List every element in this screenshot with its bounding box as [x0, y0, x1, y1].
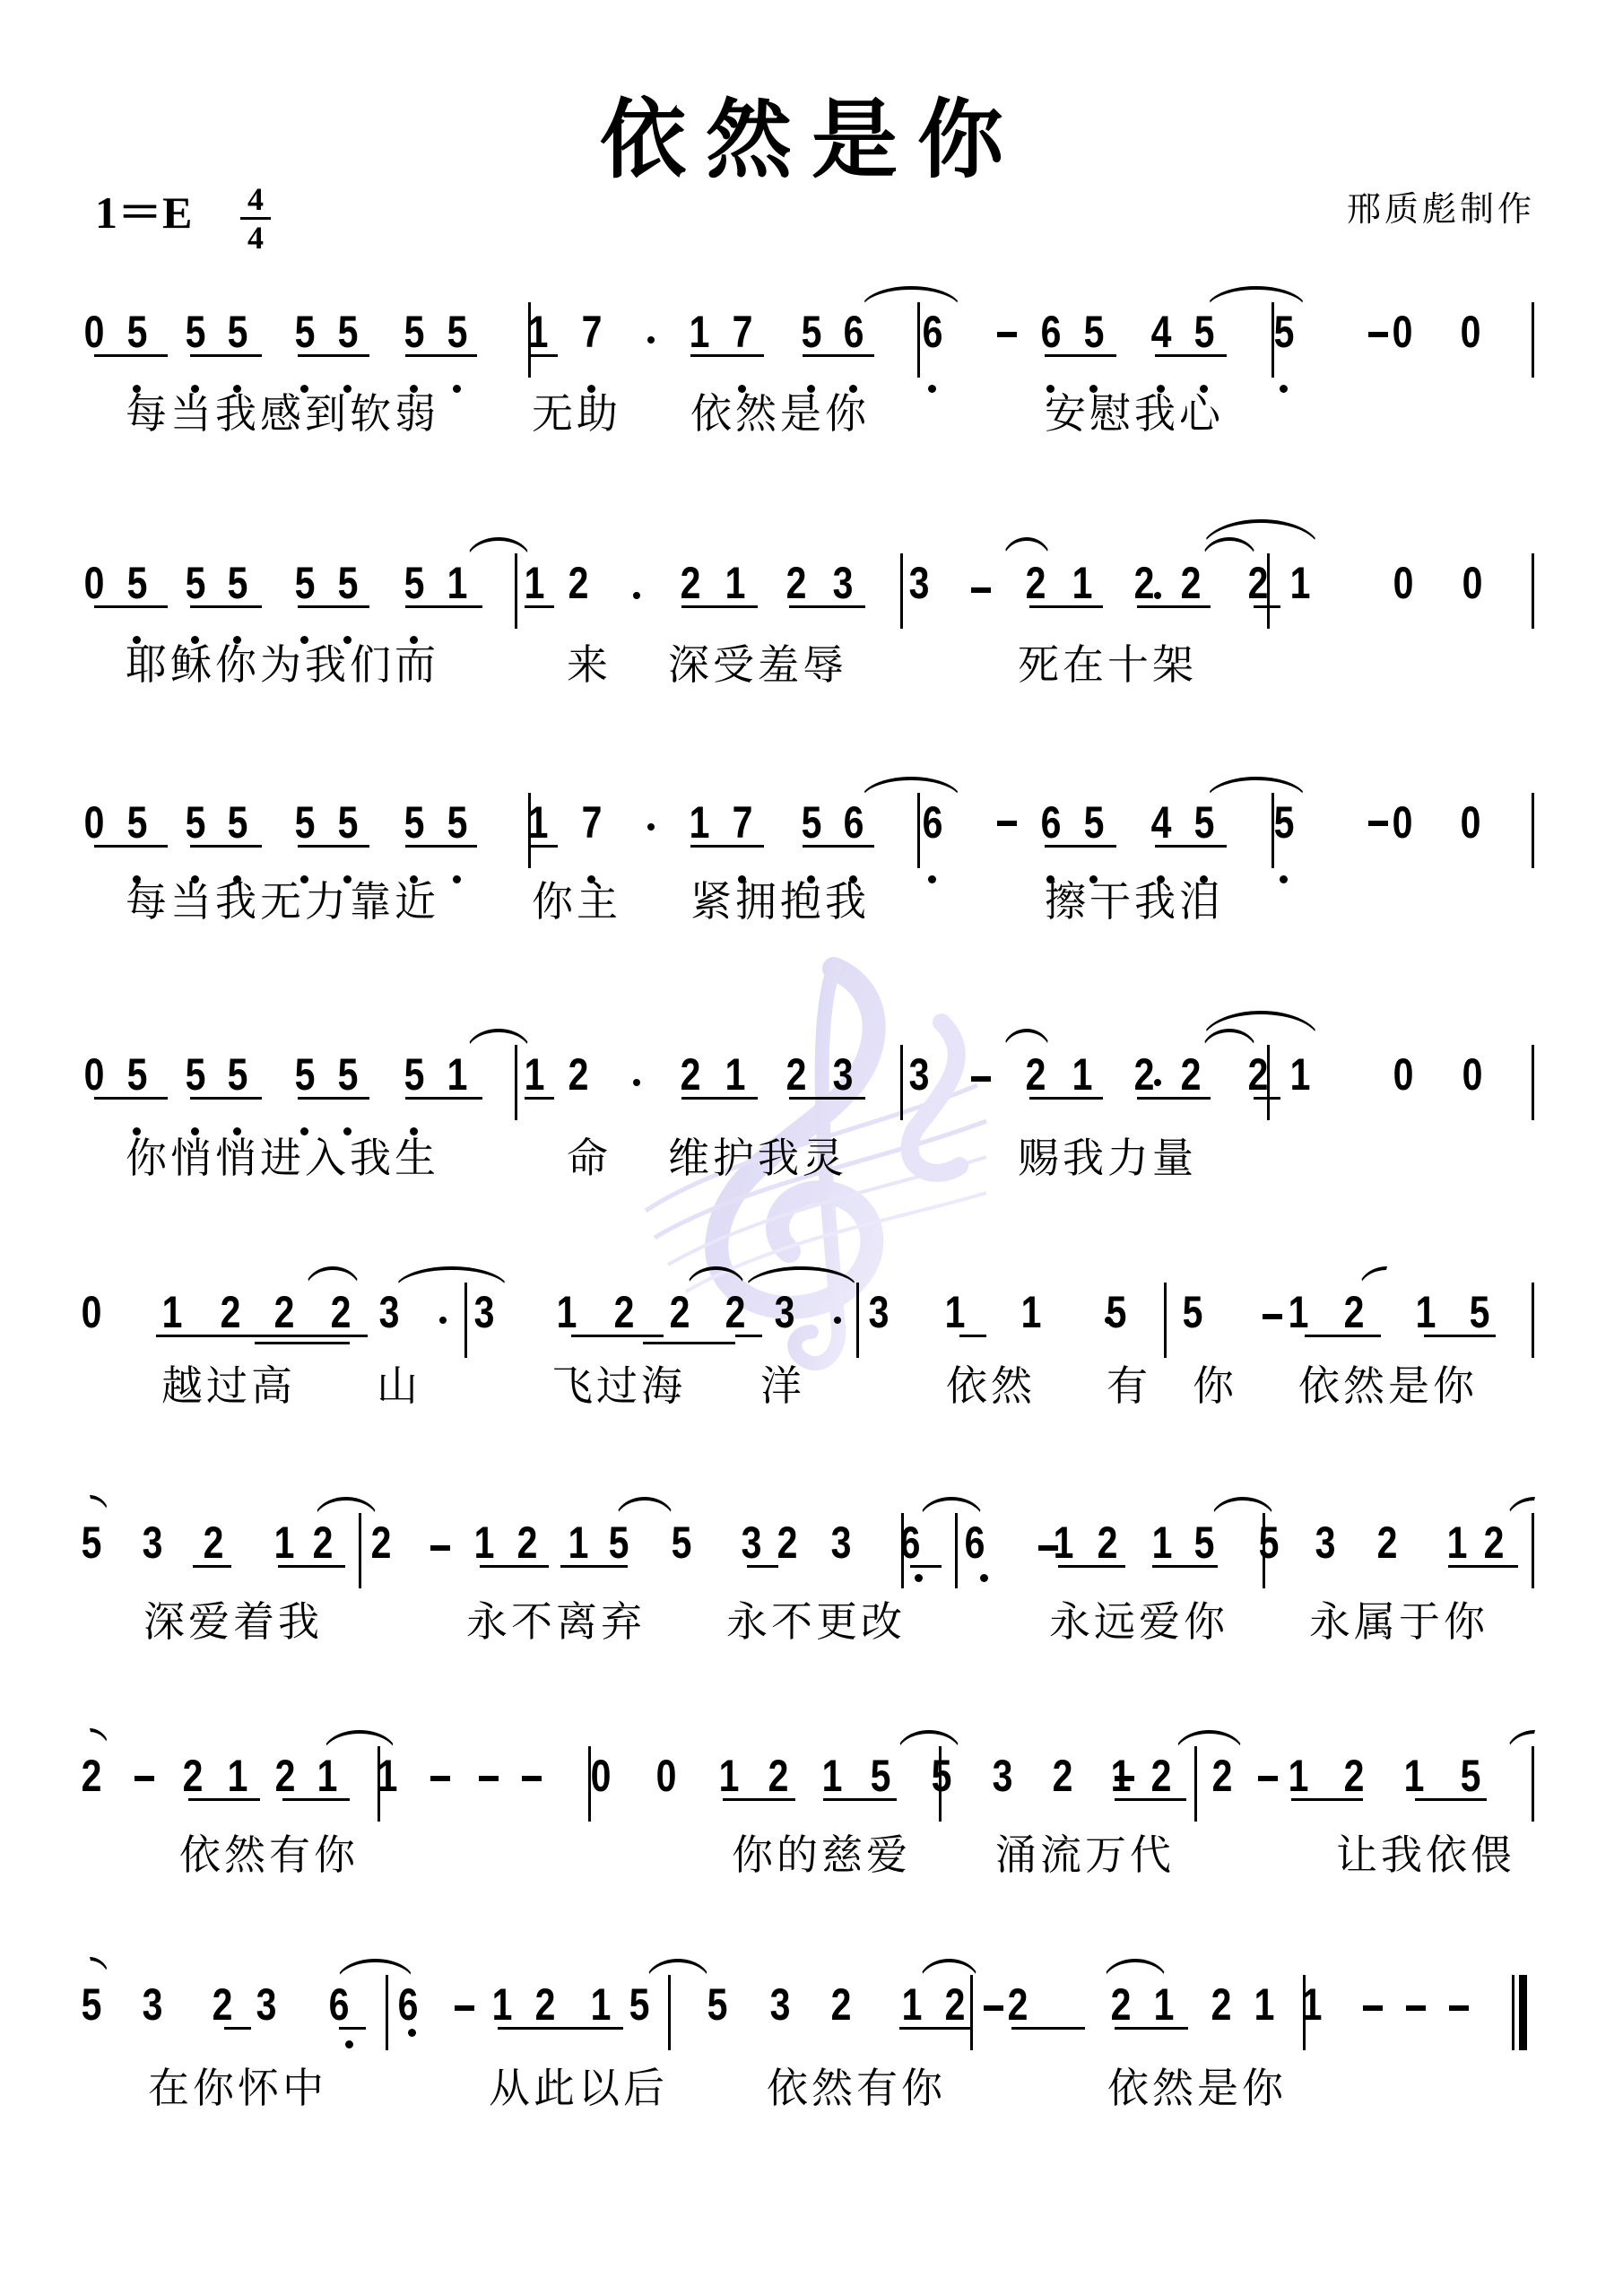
barline [970, 1975, 973, 2050]
beam-underline [554, 2027, 623, 2030]
tie-slur [336, 1959, 414, 1982]
note: 5 [79, 1982, 104, 2027]
tie-slur [646, 1959, 710, 1982]
note: 1 [588, 1982, 613, 2027]
barline [1303, 1975, 1306, 2050]
barline [668, 1975, 671, 2050]
note: 2 [533, 1982, 558, 2027]
barline [386, 1975, 388, 2050]
beam-underline [224, 2027, 251, 2030]
note: 2 [210, 1982, 235, 2027]
note: 2 [1108, 1982, 1133, 2027]
lyric-phrase: 在你怀中 [148, 2067, 327, 2109]
score-line-8: 532366121553212221211在你怀中从此以后依然有你依然是你 [0, 0, 1623, 2296]
tie-slur [1103, 1959, 1167, 1982]
lyric-phrase: 依然有你 [767, 2067, 946, 2109]
beam-underline [899, 2027, 971, 2030]
note: 1 [899, 1982, 924, 2027]
final-barline-thick [1519, 1975, 1527, 2050]
dash-extension [455, 2005, 474, 2011]
tie-slur-continuation [90, 1957, 109, 1979]
low-octave-dot [345, 2040, 353, 2048]
note: 2 [829, 1982, 854, 2027]
low-octave-dot [408, 2029, 416, 2037]
beam-underline [339, 2027, 366, 2030]
note: 2 [942, 1982, 968, 2027]
note: 2 [1209, 1982, 1234, 2027]
lyric-phrase: 从此以后 [489, 2067, 668, 2109]
tie-slur [919, 1959, 979, 1982]
dash-extension [1406, 2005, 1426, 2011]
note: 3 [768, 1982, 793, 2027]
beam-underline [1115, 2027, 1188, 2030]
note: 6 [326, 1982, 352, 2027]
lyric-phrase: 依然是你 [1107, 2067, 1287, 2109]
note: 3 [140, 1982, 165, 2027]
note: 3 [254, 1982, 279, 2027]
note: 5 [705, 1982, 730, 2027]
note: 6 [395, 1982, 421, 2027]
final-barline-thin [1512, 1975, 1515, 2050]
note: 1 [1252, 1982, 1277, 2027]
dash-extension [984, 2005, 1003, 2011]
note: 1 [1151, 1982, 1176, 2027]
beam-underline [1011, 2027, 1085, 2030]
dash-extension [1449, 2005, 1469, 2011]
note: 1 [490, 1982, 515, 2027]
dash-extension [1363, 2005, 1383, 2011]
note: 2 [1005, 1982, 1030, 2027]
note: 5 [627, 1982, 652, 2027]
